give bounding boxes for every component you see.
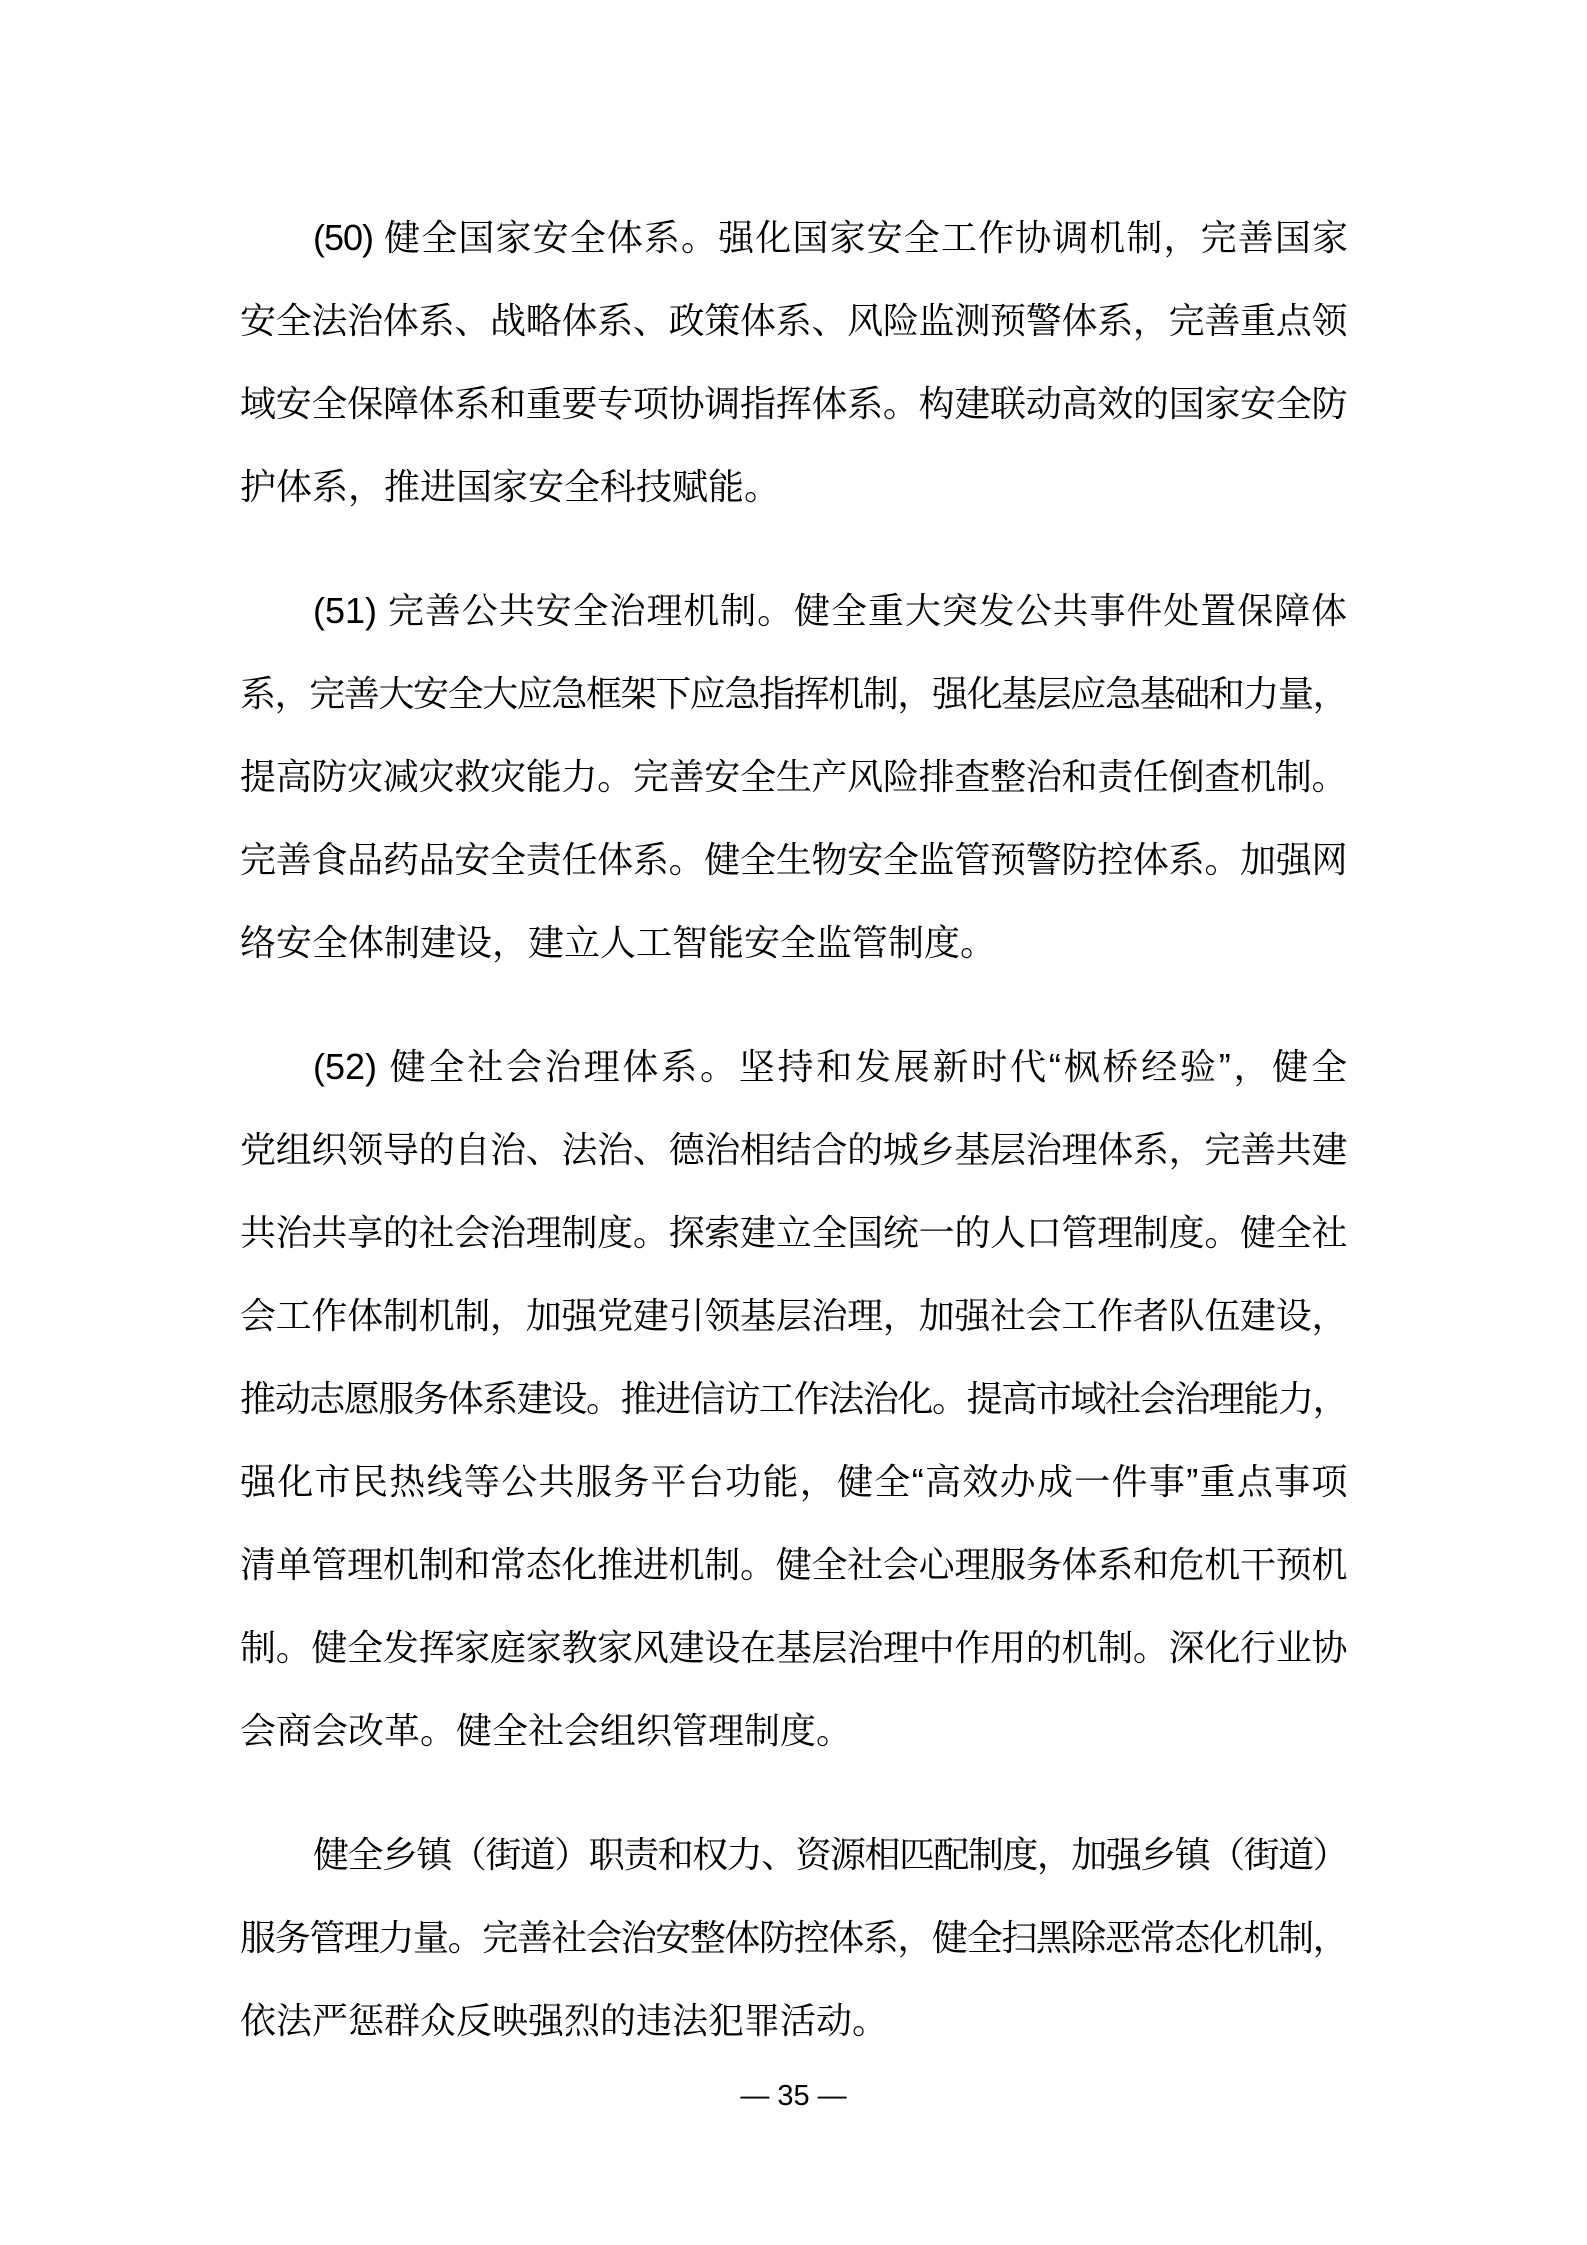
text-line: 强化市民热线等公共服务平台功能，健全“高效办成一件事”重点事项 — [240, 1440, 1347, 1523]
text-line: 推动志愿服务体系建设。推进信访工作法治化。提高市域社会治理能力， — [240, 1357, 1347, 1440]
paragraph-item-51: (51) 完善公共安全治理机制。健全重大突发公共事件处置保障体 系，完善大安全大… — [240, 569, 1347, 984]
paragraph-township: 健全乡镇（街道）职责和权力、资源相匹配制度，加强乡镇（街道） 服务管理力量。完善… — [240, 1813, 1347, 2062]
text-line: 依法严惩群众反映强烈的违法犯罪活动。 — [240, 1979, 1347, 2062]
text-line: 完善食品药品安全责任体系。健全生物安全监管预警防控体系。加强网 — [240, 818, 1347, 901]
text-line: 制。健全发挥家庭家教家风建设在基层治理中作用的机制。深化行业协 — [240, 1606, 1347, 1689]
document-page: (50) 健全国家安全体系。强化国家安全工作协调机制，完善国家 安全法治体系、战… — [0, 0, 1587, 2245]
text-line: 服务管理力量。完善社会治安整体防控体系，健全扫黑除恶常态化机制， — [240, 1896, 1347, 1979]
paragraph-item-50: (50) 健全国家安全体系。强化国家安全工作协调机制，完善国家 安全法治体系、战… — [240, 196, 1347, 528]
text-line: 健全乡镇（街道）职责和权力、资源相匹配制度，加强乡镇（街道） — [240, 1813, 1347, 1896]
text-line: (52) 健全社会治理体系。坚持和发展新时代“枫桥经验”，健全 — [240, 1025, 1347, 1108]
text-line: 安全法治体系、战略体系、政策体系、风险监测预警体系，完善重点领 — [240, 279, 1347, 362]
text-line: 清单管理机制和常态化推进机制。健全社会心理服务体系和危机干预机 — [240, 1523, 1347, 1606]
page-footer: — 35 — — [0, 2078, 1587, 2114]
text-line: 护体系，推进国家安全科技赋能。 — [240, 445, 1347, 528]
text-line: 党组织领导的自治、法治、德治相结合的城乡基层治理体系，完善共建 — [240, 1108, 1347, 1191]
page-number: — 35 — — [740, 2080, 846, 2112]
paragraph-item-52: (52) 健全社会治理体系。坚持和发展新时代“枫桥经验”，健全 党组织领导的自治… — [240, 1025, 1347, 1772]
text-line: 共治共享的社会治理制度。探索建立全国统一的人口管理制度。健全社 — [240, 1191, 1347, 1274]
text-line: 域安全保障体系和重要专项协调指挥体系。构建联动高效的国家安全防 — [240, 362, 1347, 445]
text-line: 会商会改革。健全社会组织管理制度。 — [240, 1689, 1347, 1772]
text-line: 会工作体制机制，加强党建引领基层治理，加强社会工作者队伍建设， — [240, 1274, 1347, 1357]
document-body: (50) 健全国家安全体系。强化国家安全工作协调机制，完善国家 安全法治体系、战… — [0, 0, 1587, 2062]
text-line: (51) 完善公共安全治理机制。健全重大突发公共事件处置保障体 — [240, 569, 1347, 652]
text-line: 系，完善大安全大应急框架下应急指挥机制，强化基层应急基础和力量， — [240, 652, 1347, 735]
text-line: 提高防灾减灾救灾能力。完善安全生产风险排查整治和责任倒查机制。 — [240, 735, 1347, 818]
text-line: 络安全体制建设，建立人工智能安全监管制度。 — [240, 901, 1347, 984]
text-line: (50) 健全国家安全体系。强化国家安全工作协调机制，完善国家 — [240, 196, 1347, 279]
